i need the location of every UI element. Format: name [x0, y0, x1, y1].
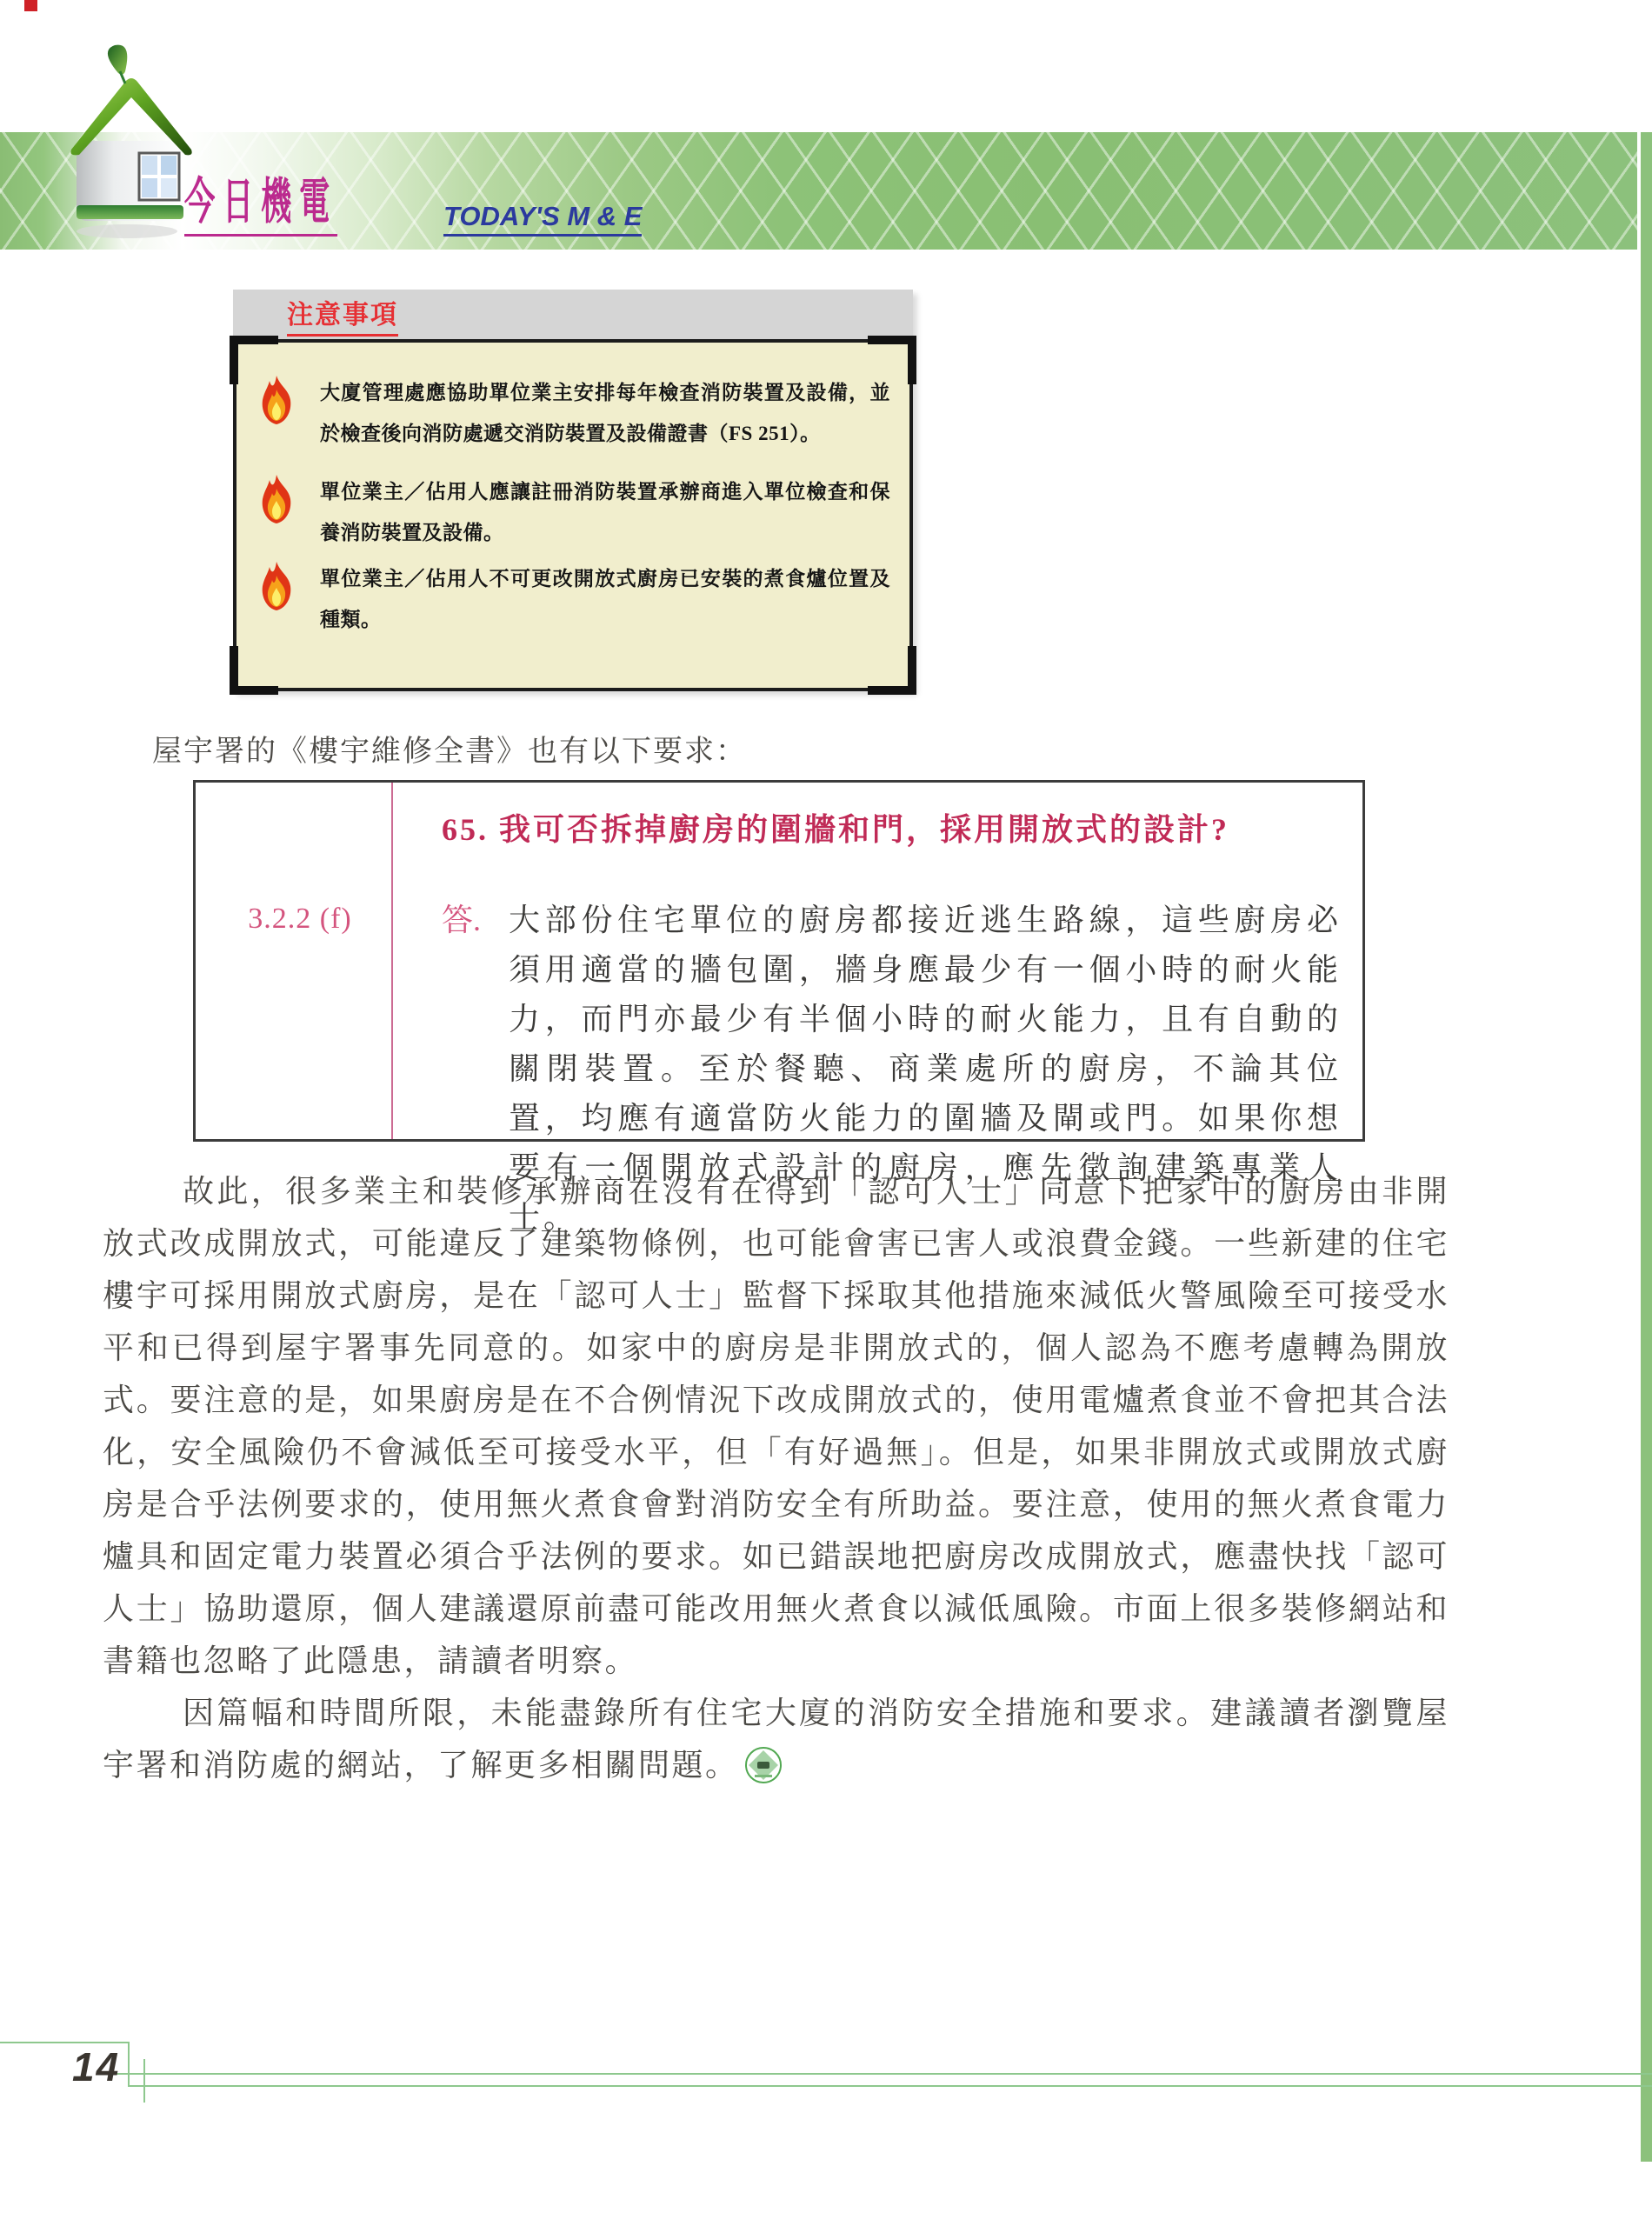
- notice-section: 注意事項 大廈管理處應協助單位業主安排每年檢查消防裝置及設備，並於檢查後向消防處…: [233, 290, 913, 691]
- masthead-title-en: TODAY'S M & E: [443, 203, 642, 237]
- page-edge-bar: [1641, 132, 1652, 2162]
- footer-rule: [116, 2073, 1652, 2075]
- intro-line: 屋宇署的《樓宇維修全書》也有以下要求：: [152, 727, 747, 770]
- footer-rule: [128, 2085, 1652, 2087]
- print-registration-mark: [24, 0, 37, 11]
- notice-item-text: 大廈管理處應協助單位業主安排每年檢查消防裝置及設備，並於檢查後向消防處遞交消防裝…: [320, 372, 890, 454]
- page-number: 14: [72, 2043, 120, 2090]
- notice-header: 注意事項: [233, 290, 913, 339]
- notice-box: 大廈管理處應協助單位業主安排每年檢查消防裝置及設備，並於檢查後向消防處遞交消防裝…: [233, 339, 913, 691]
- qa-answer-label: 答.: [442, 896, 481, 940]
- corner-bracket-icon: [868, 646, 916, 695]
- magazine-page: 今日機電 TODAY'S M & E 注意事項 大廈管理處應協助單位業主安排每年…: [0, 0, 1652, 2226]
- footer-rule: [128, 2042, 130, 2087]
- window-icon: [139, 153, 179, 200]
- paragraph: 故此，很多業主和裝修承辦商在沒有在得到「認可人士」同意下把家中的廚房由非開放式改…: [103, 1165, 1449, 1687]
- qa-question: 65. 我可否拆掉廚房的圍牆和門，採用開放式的設計?: [442, 805, 1337, 850]
- end-of-article-emblem-icon: [744, 1746, 783, 1784]
- corner-bracket-icon: [230, 646, 278, 695]
- flame-icon: [257, 560, 296, 614]
- page-edge-bar-gap: [1637, 132, 1641, 250]
- notice-item: 單位業主／佔用人不可更改開放式廚房已安裝的煮食爐位置及種類。: [257, 558, 892, 640]
- notice-item-text: 單位業主／佔用人不可更改開放式廚房已安裝的煮食爐位置及種類。: [320, 558, 890, 640]
- notice-item: 大廈管理處應協助單位業主安排每年檢查消防裝置及設備，並於檢查後向消防處遞交消防裝…: [257, 372, 892, 454]
- flame-icon: [257, 473, 296, 527]
- footer-rule: [143, 2059, 145, 2103]
- notice-title: 注意事項: [287, 293, 398, 337]
- qa-reference-code: 3.2.2 (f): [222, 903, 378, 936]
- qa-box: 3.2.2 (f) 65. 我可否拆掉廚房的圍牆和門，採用開放式的設計? 答. …: [193, 780, 1365, 1142]
- paragraph: 因篇幅和時間所限，未能盡錄所有住宅大廈的消防安全措施和要求。建議讀者瀏覽屋宇署和…: [103, 1687, 1449, 1791]
- qa-column-divider: [391, 783, 393, 1139]
- flame-icon: [257, 374, 296, 428]
- notice-item-text: 單位業主／佔用人應讓註冊消防裝置承辦商進入單位檢查和保養消防裝置及設備。: [320, 471, 890, 553]
- article-body: 故此，很多業主和裝修承辦商在沒有在得到「認可人士」同意下把家中的廚房由非開放式改…: [103, 1165, 1449, 1791]
- masthead-title-zh: 今日機電: [184, 177, 337, 237]
- masthead: 今日機電 TODAY'S M & E: [184, 177, 642, 237]
- notice-item: 單位業主／佔用人應讓註冊消防裝置承辦商進入單位檢查和保養消防裝置及設備。: [257, 471, 892, 553]
- green-house-logo-icon: [70, 43, 193, 239]
